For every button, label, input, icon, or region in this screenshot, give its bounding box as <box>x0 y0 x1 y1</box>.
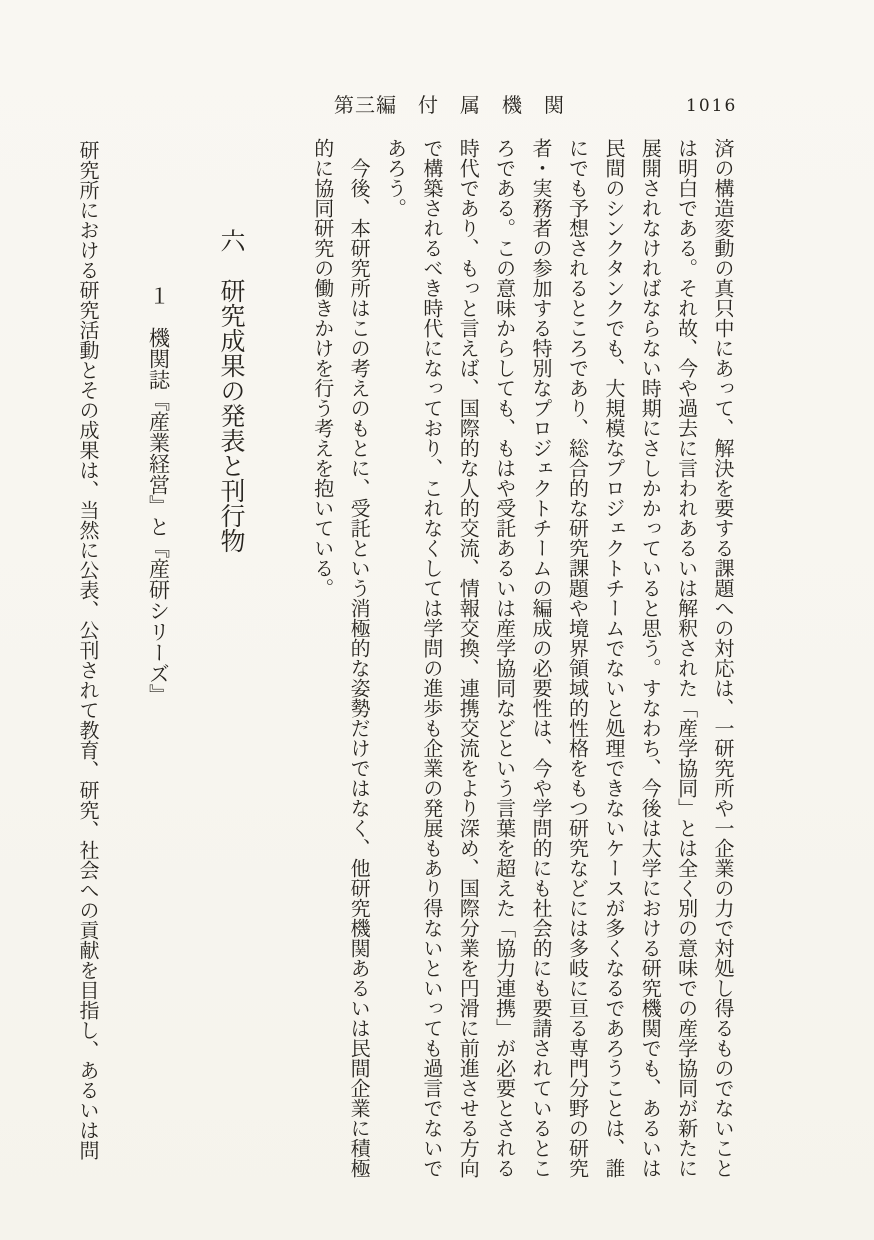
section-heading: 六 研究成果の発表と刊行物 <box>214 228 249 1128</box>
book-page: 第三編 付 属 機 関 1016 済の構造変動の真只中にあって、解決を要する課題… <box>0 0 874 1240</box>
paragraph-future-policy: 今後、本研究所はこの考えのもとに、受託という消極的な姿勢だけではなく、他研究機関… <box>304 138 377 1182</box>
page-number: 1016 <box>686 96 737 116</box>
last-paragraph-block: 研究所における研究活動とその成果は、当然に公表、公刊されて教育、研究、社会への貢… <box>70 140 106 1184</box>
page-header: 第三編 付 属 機 関 1016 <box>0 0 874 130</box>
paragraph-research-results: 研究所における研究活動とその成果は、当然に公表、公刊されて教育、研究、社会への貢… <box>70 140 106 1184</box>
paragraph-continued-from-previous-page: 済の構造変動の真只中にあって、解決を要する課題への対応は、一研究所や一企業の力で… <box>377 138 741 1182</box>
subsection-heading: １ 機関誌『産業経営』と『産研シリーズ』 <box>142 285 174 1185</box>
body-text-block: 済の構造変動の真只中にあって、解決を要する課題への対応は、一研究所や一企業の力で… <box>304 138 741 1182</box>
header-section-title: 第三編 付 属 機 関 <box>334 93 565 117</box>
